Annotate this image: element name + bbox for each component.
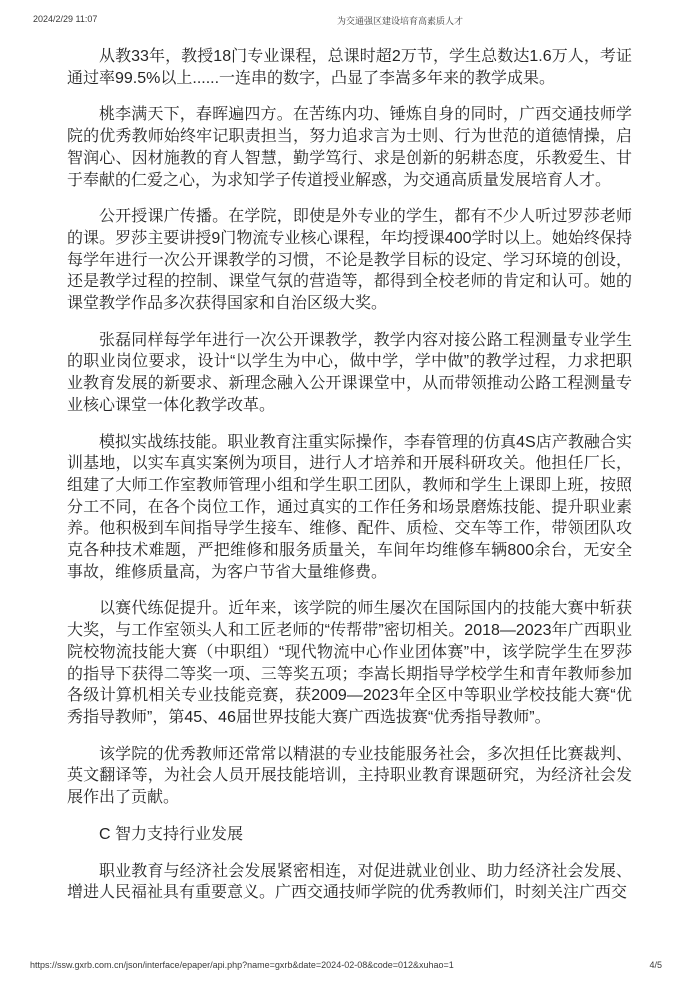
source-url: https://ssw.gxrb.com.cn/json/interface/e… [30,960,454,970]
print-preview-page: 2024/2/29 11:07 为交通强区建设培育高素质人才 从教33年，教授1… [0,0,700,990]
article-paragraph: 张磊同样每学年进行一次公开课教学，教学内容对接公路工程测量专业学生的职业岗位要求… [67,330,632,417]
page-indicator: 4/5 [649,960,662,970]
article-paragraph: 以赛代练促提升。近年来，该学院的师生屡次在国际国内的技能大赛中斩获大奖，与工作室… [67,598,632,728]
article-paragraph: 该学院的优秀教师还常常以精湛的专业技能服务社会，多次担任比赛裁判、英文翻译等，为… [67,744,632,809]
article-body: 从教33年，教授18门专业课程，总课时超2万节，学生总数达1.6万人，考证通过率… [67,46,632,919]
section-heading: C 智力支持行业发展 [67,824,632,846]
article-paragraph: 模拟实战练技能。职业教育注重实际操作，李春管理的仿真4S店产教融合实训基地，以实… [67,432,632,584]
print-timestamp: 2024/2/29 11:07 [33,14,97,24]
article-paragraph: 桃李满天下，春晖遍四方。在苦练内功、锤炼自身的同时，广西交通技师学院的优秀教师始… [67,104,632,191]
article-paragraph: 公开授课广传播。在学院，即使是外专业的学生，都有不少人听过罗莎老师的课。罗莎主要… [67,206,632,315]
article-paragraph: 职业教育与经济社会发展紧密相连，对促进就业创业、助力经济社会发展、增进人民福祉具… [67,861,632,904]
article-paragraph: 从教33年，教授18门专业课程，总课时超2万节，学生总数达1.6万人，考证通过率… [67,46,632,89]
document-title: 为交通强区建设培育高素质人才 [337,14,463,27]
